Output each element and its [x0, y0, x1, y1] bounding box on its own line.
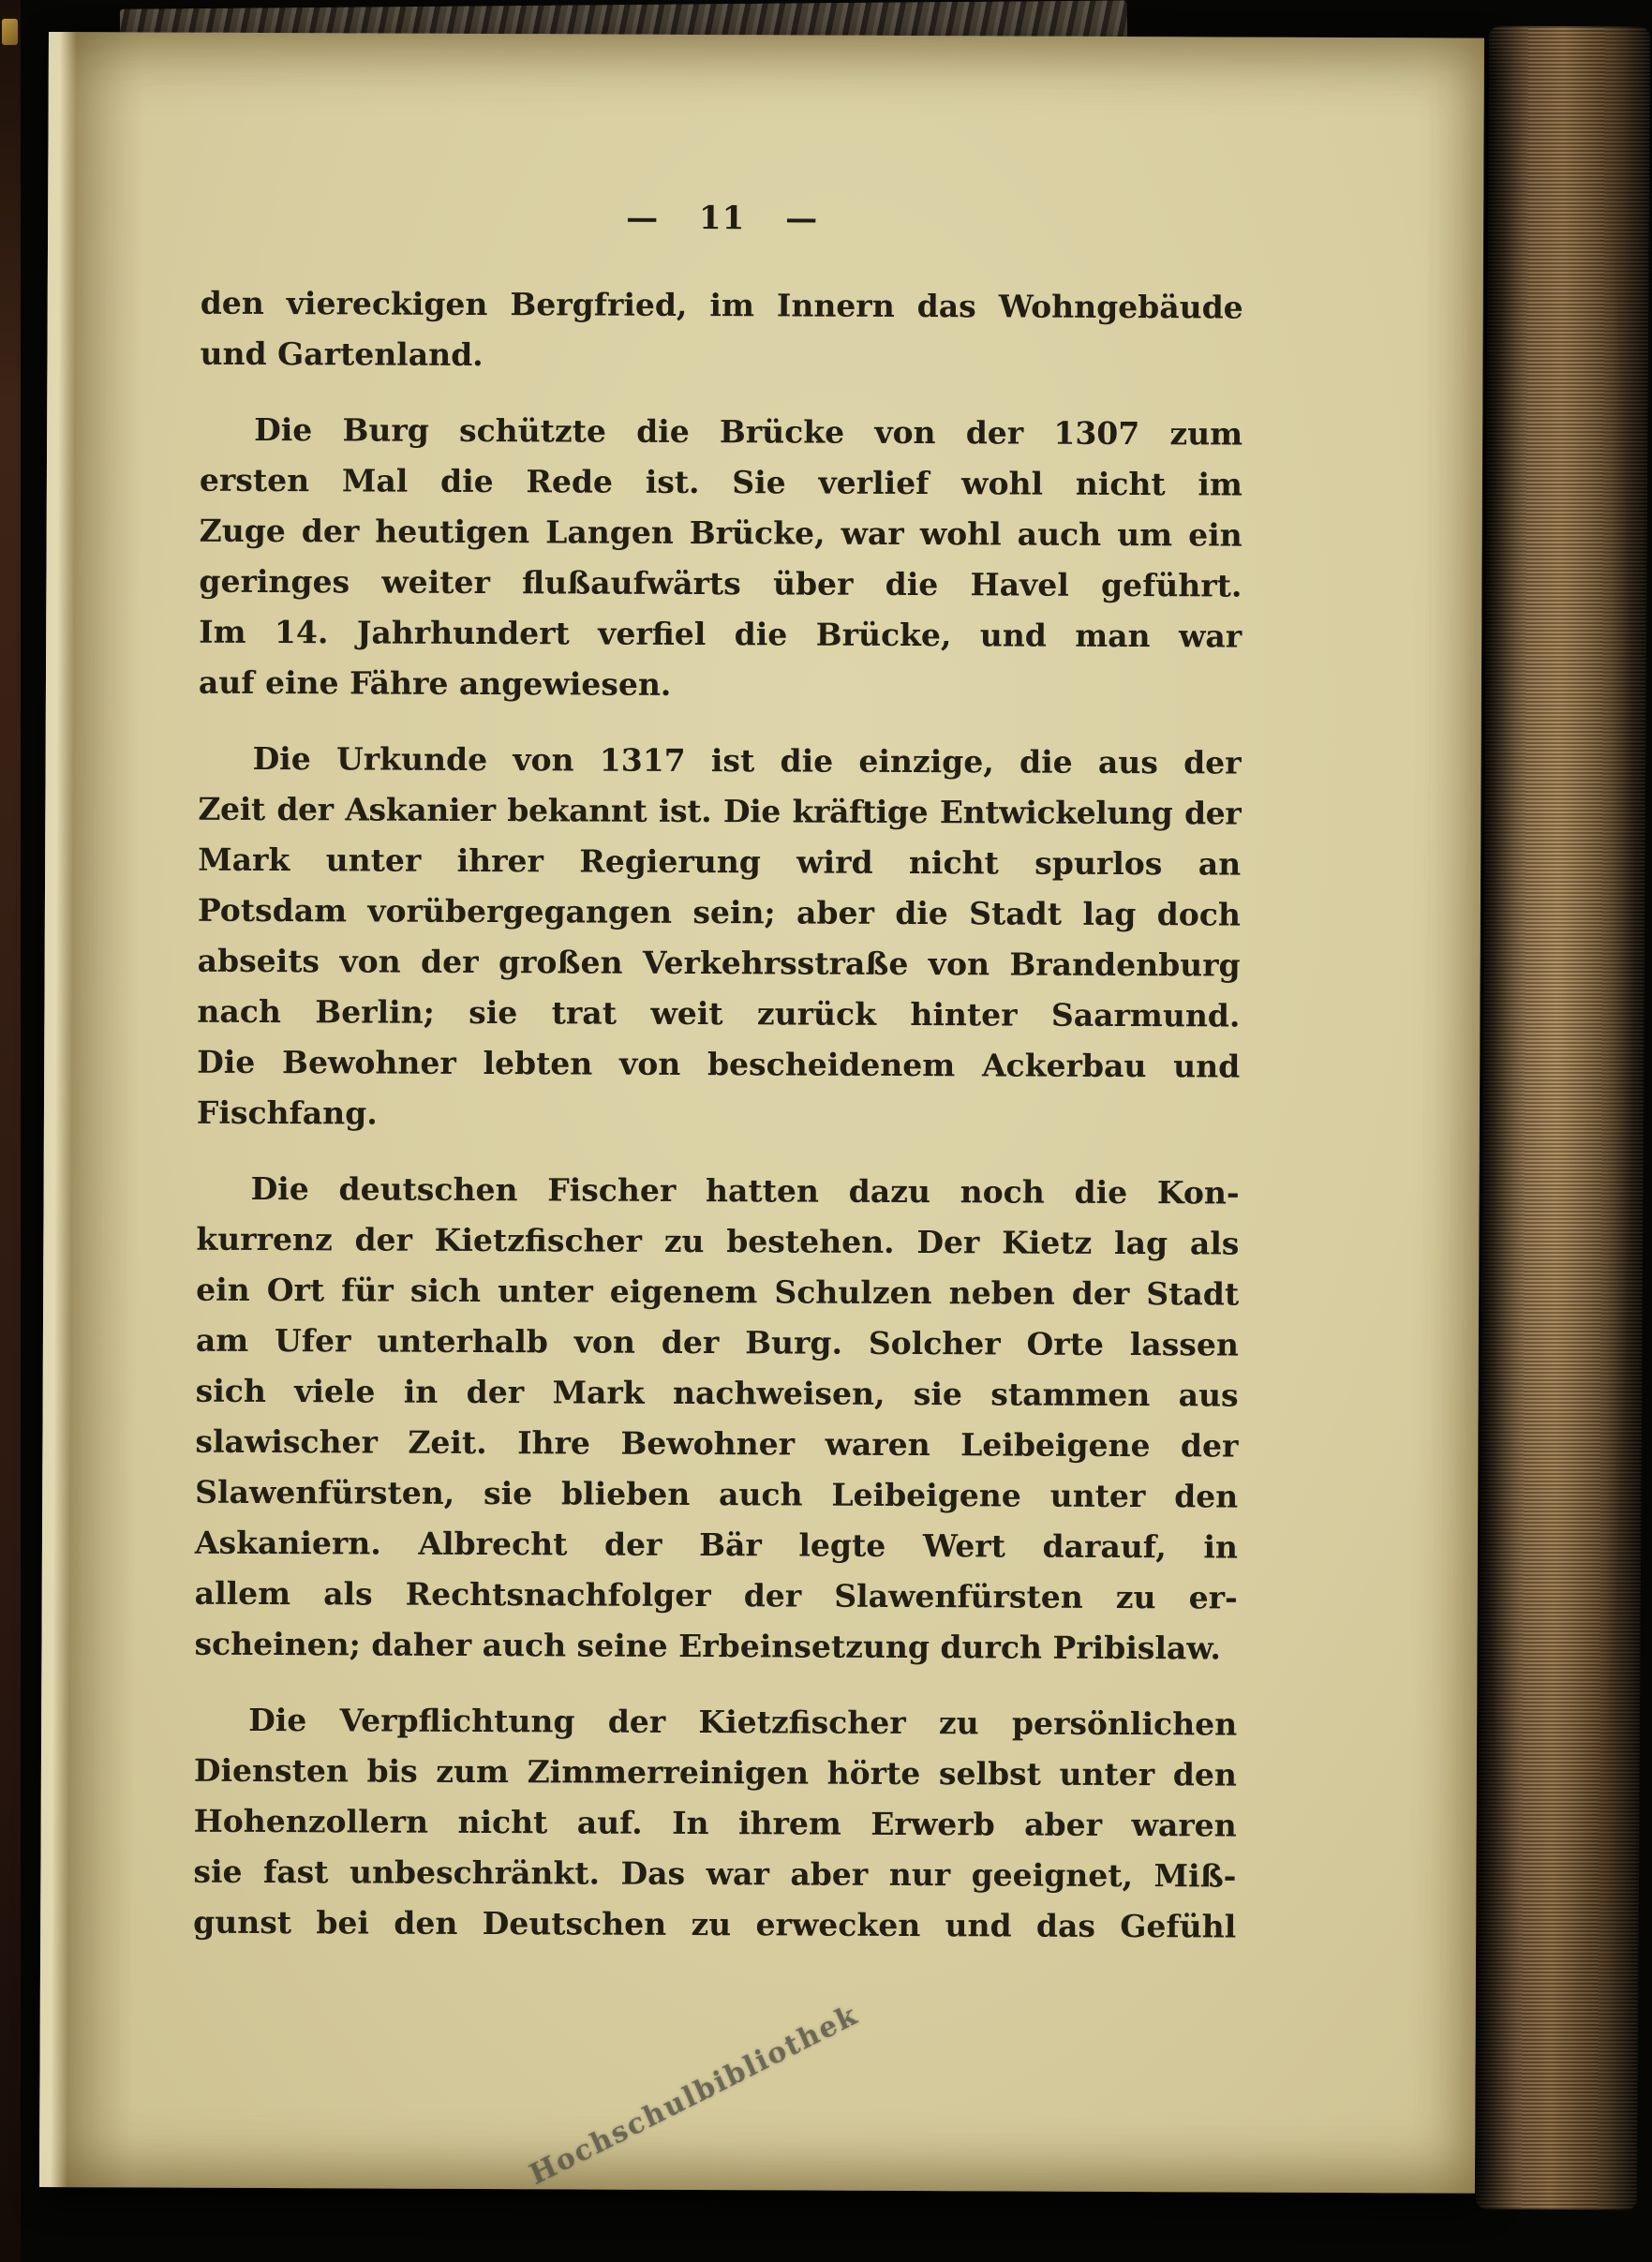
text-line: am Ufer unterhalb von der Burg. Solcher … — [196, 1316, 1239, 1371]
text-line: Slawenfürsten, sie blieben auch Leibeige… — [195, 1467, 1238, 1523]
text-line: slawischer Zeit. Ihre Bewohner waren Lei… — [195, 1417, 1238, 1472]
book-photo: — 11 — den viereckigen Bergfried, im Inn… — [0, 0, 1652, 2262]
text-block: den viereckigen Bergfried, im Innern das… — [193, 278, 1243, 1953]
text-line: nach Berlin; sie trat weit zurück hinter… — [197, 987, 1240, 1042]
text-line: gunst bei den Deutschen zu erwecken und … — [193, 1897, 1236, 1953]
text-line: Hohenzollern nicht auf. In ihrem Erwerb … — [194, 1796, 1237, 1852]
library-stamp: Hochschulbibliothek — [525, 2005, 849, 2193]
text-line: scheinen; daher auch seine Erbeinsetzung… — [194, 1619, 1237, 1674]
gold-clasp-icon — [2, 19, 18, 45]
book-cover-left-edge — [0, 0, 21, 2262]
text-line: geringes weiter flußaufwärts über die Ha… — [199, 557, 1242, 612]
text-line: Die Bewohner lebten von bescheidenem Ack… — [197, 1037, 1240, 1093]
text-line: Im 14. Jahrhundert verfiel die Brücke, u… — [199, 607, 1242, 662]
text-line: allem als Rechtsnachfolger der Slawenfür… — [195, 1569, 1238, 1624]
text-line: Die Verpflichtung der Kietzfischer zu pe… — [194, 1695, 1237, 1750]
text-line: Die Burg schützte die Brücke von der 130… — [200, 405, 1243, 460]
text-line: Potsdam vorübergegangen sein; aber die S… — [198, 885, 1241, 941]
text-line: ein Ort für sich unter eigenem Schulzen … — [196, 1265, 1239, 1320]
text-line: Zeit der Askanier bekannt ist. Die kräft… — [198, 784, 1241, 840]
text-line: kurrenz der Kietzfischer zu bestehen. De… — [196, 1214, 1239, 1270]
text-line: ersten Mal die Rede ist. Sie verlief woh… — [200, 455, 1243, 511]
book-page: — 11 — den viereckigen Bergfried, im Inn… — [39, 32, 1484, 2194]
text-line: sie fast unbeschränkt. Das war aber nur … — [193, 1847, 1236, 1902]
page-number: — 11 — — [201, 198, 1243, 240]
text-line: sich viele in der Mark nachweisen, sie s… — [196, 1366, 1239, 1421]
paragraph: den viereckigen Bergfried, im Innern das… — [200, 278, 1243, 384]
text-line: abseits von der großen Verkehrsstraße vo… — [198, 936, 1241, 991]
text-line: Askaniern. Albrecht der Bär legte Wert d… — [195, 1518, 1238, 1573]
text-line: Fischfang. — [197, 1088, 1240, 1143]
text-line: den viereckigen Bergfried, im Innern das… — [201, 278, 1243, 334]
paragraph: Die Urkunde von 1317 ist die einzige, di… — [197, 734, 1242, 1143]
text-line: Die deutschen Fischer hatten dazu noch d… — [196, 1164, 1239, 1219]
paragraph: Die Verpflichtung der Kietzfischer zu pe… — [193, 1695, 1237, 1953]
paragraph: Die Burg schützte die Brücke von der 130… — [199, 405, 1243, 713]
paragraph: Die deutschen Fischer hatten dazu noch d… — [194, 1164, 1239, 1674]
text-line: auf eine Fähre angewiesen. — [199, 658, 1242, 713]
text-line: Zuge der heutigen Langen Brücke, war woh… — [200, 506, 1243, 561]
text-line: und Gartenland. — [200, 329, 1243, 384]
book-fore-edge — [1476, 25, 1650, 2210]
text-line: Diensten bis zum Zimmerreinigen hörte se… — [194, 1746, 1237, 1801]
text-line: Mark unter ihrer Regierung wird nicht sp… — [198, 835, 1241, 890]
text-line: Die Urkunde von 1317 ist die einzige, di… — [198, 734, 1241, 789]
